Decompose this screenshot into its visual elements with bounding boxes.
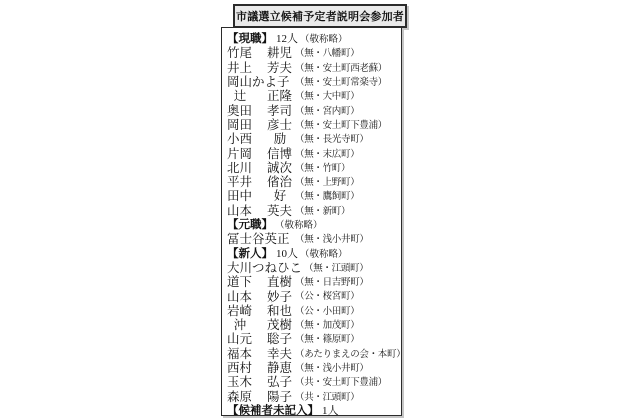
table-title-box: 市議選立候補予定者説明会参加者	[233, 4, 407, 28]
party-and-town: （無・安土町常楽寺）	[295, 74, 387, 88]
honorifics-note: （敬称略）	[300, 31, 348, 45]
section-row: 【候補者未記入】1人	[222, 403, 401, 416]
party-and-town: （無・末広町）	[295, 146, 359, 160]
party-and-town: （無・浅小井町）	[295, 360, 369, 374]
newspaper-clipping: 市議選立候補予定者説明会参加者 【現職】12人（敬称略）竹尾耕児（無・八幡町）井…	[0, 0, 640, 420]
participant-row: 冨士谷英正（無・浅小井町）	[222, 231, 401, 245]
participant-row: 森原陽子（共・江頭町）	[222, 388, 401, 402]
party-and-town: （無・安土町下豊浦）	[295, 117, 387, 131]
party-and-town: （無・新町）	[295, 203, 350, 217]
section-header: 【候補者未記入】	[227, 402, 319, 416]
party-and-town: （無・日吉野町）	[295, 274, 369, 288]
party-and-town: （無・江頭町）	[304, 260, 368, 274]
party-and-town: （無・鷹飼町）	[295, 188, 359, 202]
party-and-town: （無・安土町西老蘇）	[295, 60, 387, 74]
page-title: 市議選立候補予定者説明会参加者	[236, 8, 404, 24]
party-and-town: （無・上野町）	[295, 174, 359, 188]
party-and-town: （無・竹町）	[295, 160, 350, 174]
party-and-town: （公・小田町）	[295, 303, 359, 317]
party-and-town: （共・江頭町）	[295, 389, 359, 403]
honorifics-note: （敬称略）	[300, 246, 348, 260]
party-and-town: （共・安土町下豊浦）	[295, 374, 387, 388]
participant-list: 【現職】12人（敬称略）竹尾耕児（無・八幡町）井上芳夫（無・安土町西老蘇）岡山か…	[221, 27, 402, 416]
party-and-town: （無・大中町）	[295, 88, 359, 102]
party-and-town: （無・八幡町）	[295, 45, 359, 59]
party-and-town: （公・桜宮町）	[295, 288, 359, 302]
party-and-town: （無・加茂町）	[295, 317, 359, 331]
party-and-town: （無・篠原町）	[295, 331, 359, 345]
party-and-town: （あたりまえの会・本町）	[295, 346, 402, 360]
section-count: 1人	[322, 402, 339, 416]
party-and-town: （無・長光寺町）	[295, 131, 369, 145]
party-and-town: （無・宮内町）	[295, 103, 359, 117]
participant-row: 山本英夫（無・新町）	[222, 203, 401, 217]
party-and-town: （無・浅小井町）	[295, 231, 369, 245]
